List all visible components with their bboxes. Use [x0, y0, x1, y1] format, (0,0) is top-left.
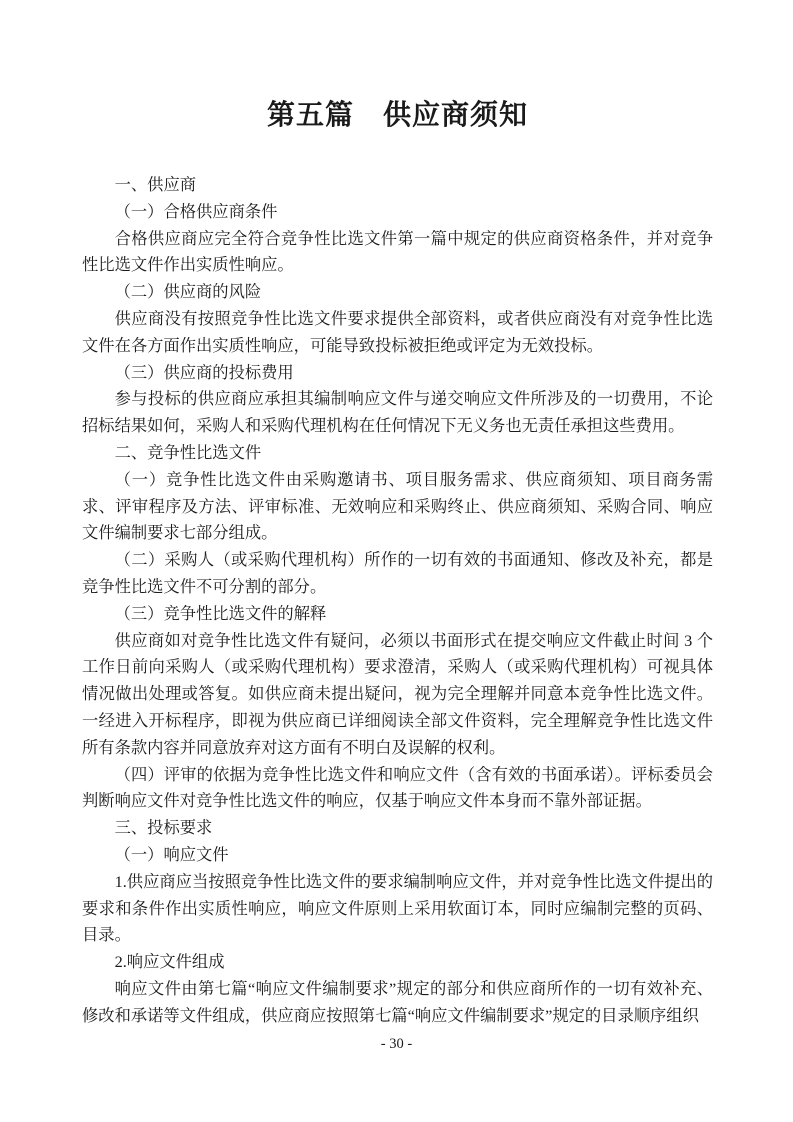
doc-paragraph: 合格供应商应完全符合竞争性比选文件第一篇中规定的供应商资格条件，并对竞争性比选文… — [82, 226, 713, 280]
subsection-heading: （一）响应文件 — [82, 842, 713, 869]
subsection-heading: 2.响应文件组成 — [82, 949, 713, 976]
page-footer: - 30 - — [0, 1034, 793, 1054]
section-heading-suppliers: 一、供应商 — [82, 172, 713, 199]
doc-paragraph: 响应文件由第七篇“响应文件编制要求”规定的部分和供应商所作的一切有效补充、修改和… — [82, 976, 713, 1030]
doc-paragraph: 1.供应商应当按照竞争性比选文件的要求编制响应文件，并对竞争性比选文件提出的要求… — [82, 869, 713, 949]
doc-paragraph: 参与投标的供应商应承担其编制响应文件与递交响应文件所涉及的一切费用，不论招标结果… — [82, 386, 713, 440]
doc-paragraph: （二）采购人（或采购代理机构）所作的一切有效的书面通知、修改及补充，都是竞争性比… — [82, 547, 713, 601]
subsection-heading: （三）供应商的投标费用 — [82, 360, 713, 387]
doc-paragraph: 供应商没有按照竞争性比选文件要求提供全部资料，或者供应商没有对竞争性比选文件在各… — [82, 306, 713, 360]
section-heading-bid-requirements: 三、投标要求 — [82, 815, 713, 842]
subsection-heading: （二）供应商的风险 — [82, 279, 713, 306]
page-number: - 30 - — [381, 1036, 412, 1052]
subsection-heading: （三）竞争性比选文件的解释 — [82, 601, 713, 628]
document-body: 一、供应商 （一）合格供应商条件 合格供应商应完全符合竞争性比选文件第一篇中规定… — [82, 172, 713, 1030]
section-heading-bid-documents: 二、竞争性比选文件 — [82, 440, 713, 467]
document-page: 第五篇 供应商须知 一、供应商 （一）合格供应商条件 合格供应商应完全符合竞争性… — [0, 0, 793, 1122]
doc-paragraph: （四）评审的依据为竞争性比选文件和响应文件（含有效的书面承诺）。评标委员会判断响… — [82, 762, 713, 816]
subsection-heading: （一）合格供应商条件 — [82, 199, 713, 226]
doc-paragraph: （一）竞争性比选文件由采购邀请书、项目服务需求、供应商须知、项目商务需求、评审程… — [82, 467, 713, 547]
document-title: 第五篇 供应商须知 — [82, 99, 713, 131]
doc-paragraph: 供应商如对竞争性比选文件有疑问，必须以书面形式在提交响应文件截止时间 3 个工作… — [82, 628, 713, 762]
